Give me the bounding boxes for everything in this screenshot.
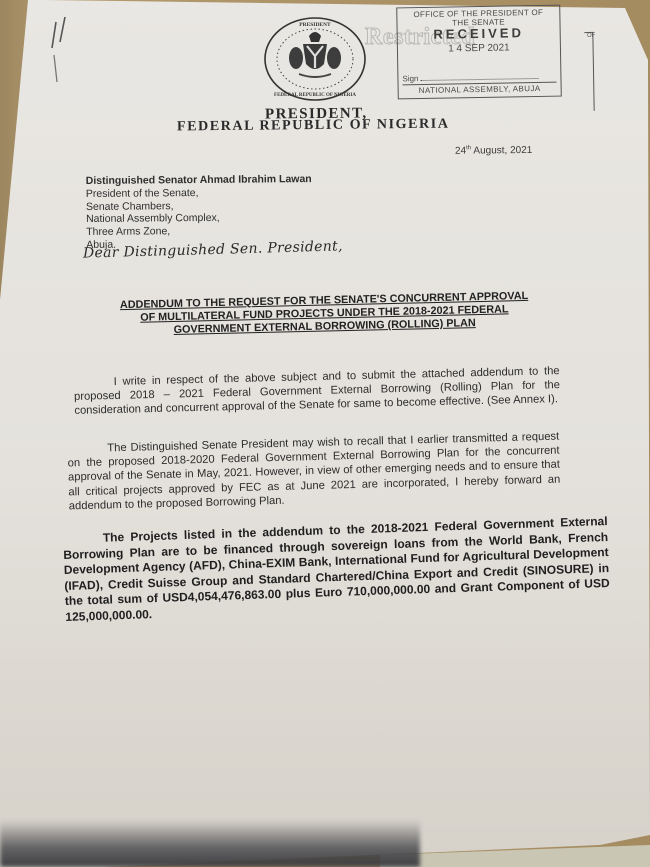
paragraph-2: The Distinguished Senate President may w… xyxy=(67,430,561,514)
second-stamp-edge xyxy=(584,32,594,111)
svg-text:FEDERAL REPUBLIC OF NIGERIA: FEDERAL REPUBLIC OF NIGERIA xyxy=(274,93,356,98)
paragraph-3: The Projects listed in the addendum to t… xyxy=(63,514,611,625)
received-stamp: OFFICE OF THE PRESIDENT OF THE SENATE RE… xyxy=(396,5,562,100)
letterhead-subtitle: FEDERAL REPUBLIC OF NIGERIA xyxy=(177,117,450,136)
stamp-received: RECEIVED xyxy=(398,25,560,43)
stamp-sign-label: Sign xyxy=(402,74,418,83)
svg-text:PRESIDENT: PRESIDENT xyxy=(299,22,331,28)
addressee-name: Distinguished Senator Ahmad Ibrahim Lawa… xyxy=(86,173,312,188)
letter-date: 24th August, 2021 xyxy=(455,145,532,157)
stamp-date: 1 4 SEP 2021 xyxy=(398,42,560,56)
hand-shadow xyxy=(0,820,420,867)
second-stamp-text: OF xyxy=(587,33,595,39)
stamp-footer: NATIONAL ASSEMBLY, ABUJA xyxy=(403,82,557,96)
coat-of-arms-icon: PRESIDENT FEDERAL REPUBLIC OF NIGERIA xyxy=(263,16,367,102)
margin-pen-marks xyxy=(48,8,78,83)
